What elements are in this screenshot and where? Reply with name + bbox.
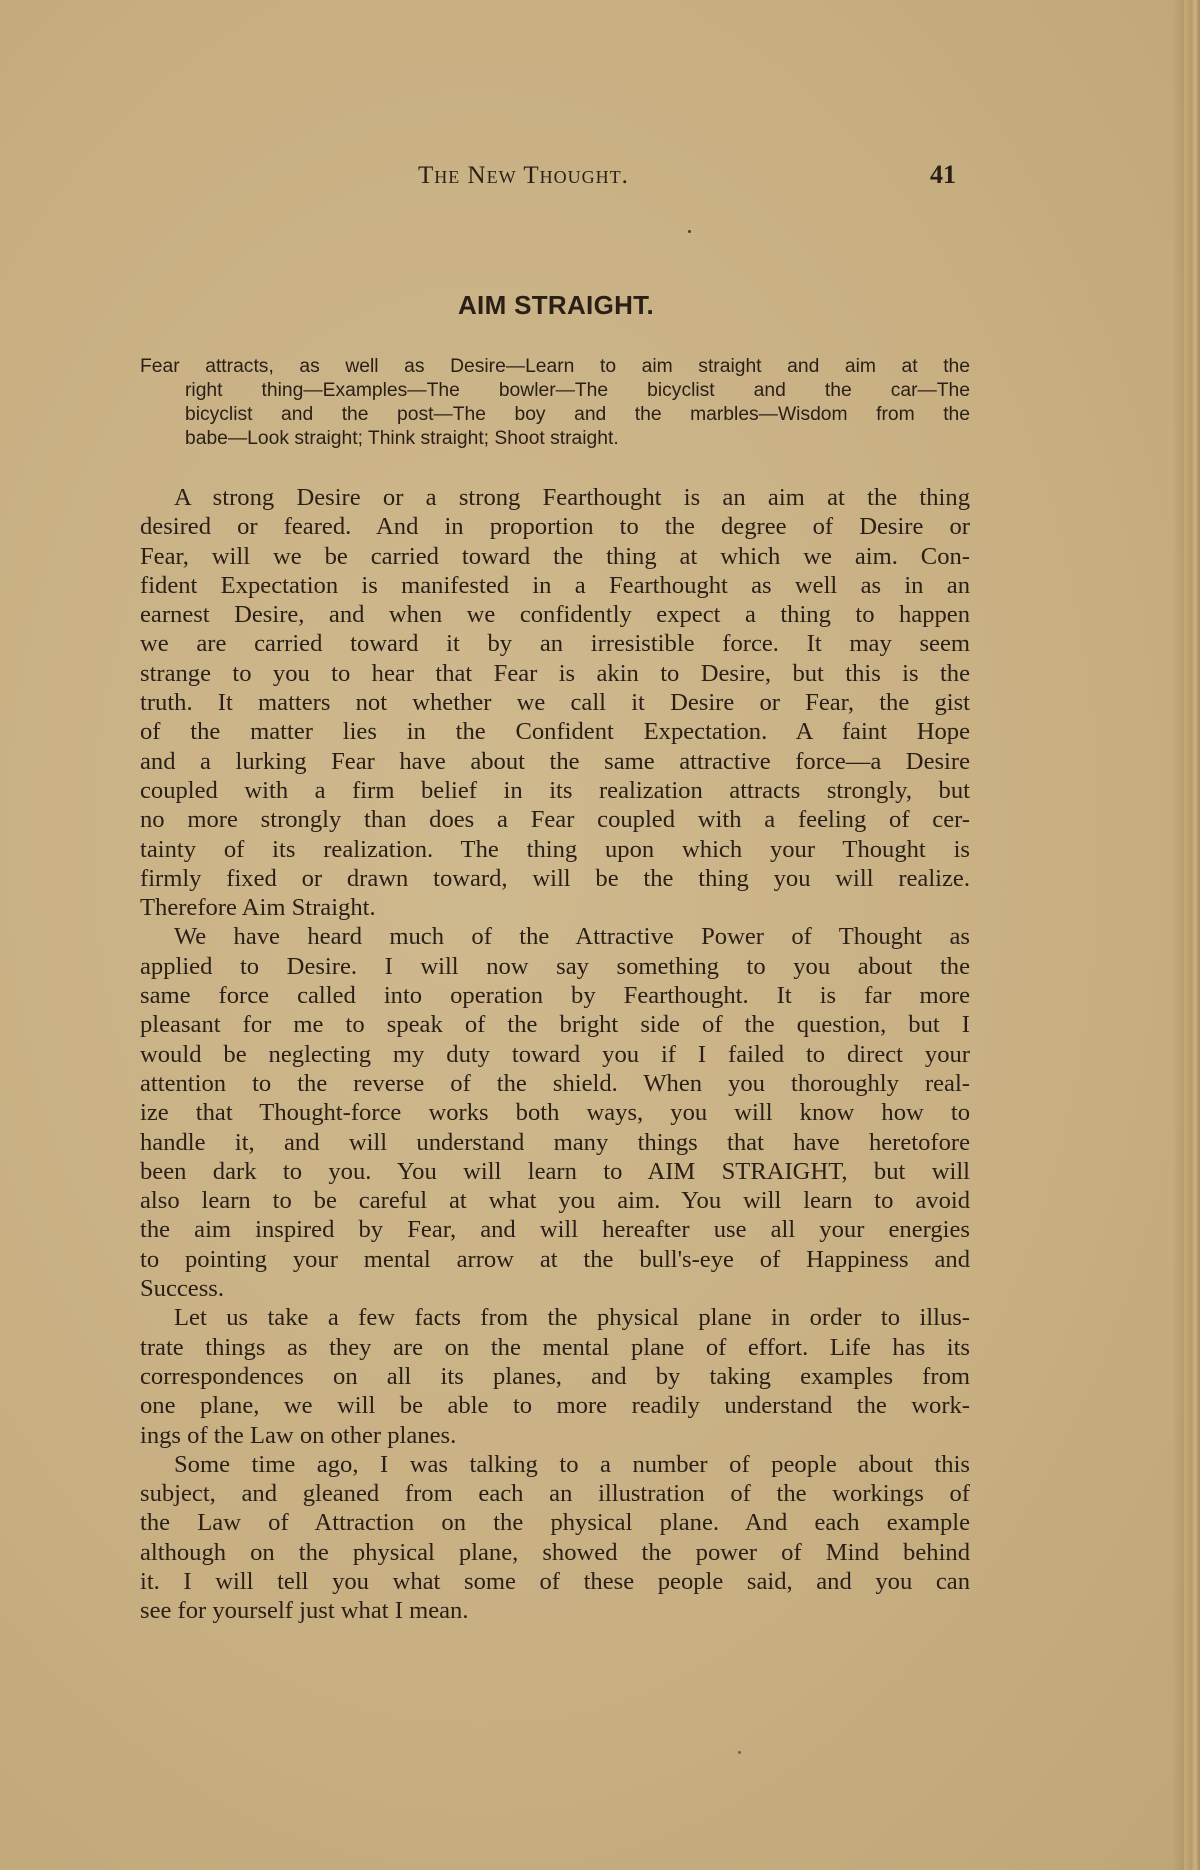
text-line: Fear, will we be carried toward the thin… [140, 542, 970, 571]
text-line: the aim inspired by Fear, and will herea… [140, 1215, 970, 1244]
synopsis-line: babe—Look straight; Think straight; Shoo… [140, 427, 970, 451]
chapter-synopsis: Fear attracts, as well as Desire—Learn t… [140, 355, 970, 451]
chapter-title: AIM STRAIGHT. [0, 290, 1100, 321]
text-line: fident Expectation is manifested in a Fe… [140, 571, 970, 600]
text-line: trate things as they are on the mental p… [140, 1333, 970, 1362]
text-line: correspondences on all its planes, and b… [140, 1362, 970, 1391]
text-line: We have heard much of the Attractive Pow… [140, 922, 970, 951]
text-line: Therefore Aim Straight. [140, 893, 970, 922]
text-line: firmly fixed or drawn toward, will be th… [140, 864, 970, 893]
page-number: 41 [930, 160, 956, 190]
text-line: would be neglecting my duty toward you i… [140, 1040, 970, 1069]
ink-speck [688, 230, 691, 233]
text-line: handle it, and will understand many thin… [140, 1128, 970, 1157]
text-line: and a lurking Fear have about the same a… [140, 747, 970, 776]
text-line: same force called into operation by Fear… [140, 981, 970, 1010]
text-line: we are carried toward it by an irresisti… [140, 629, 970, 658]
synopsis-line: right thing—Examples—The bowler—The bicy… [140, 379, 970, 403]
synopsis-line: bicyclist and the post—The boy and the m… [140, 403, 970, 427]
text-line: A strong Desire or a strong Fearthought … [140, 483, 970, 512]
synopsis-line: Fear attracts, as well as Desire—Learn t… [140, 355, 970, 379]
text-line: strange to you to hear that Fear is akin… [140, 659, 970, 688]
text-line: of the matter lies in the Confident Expe… [140, 717, 970, 746]
text-line: one plane, we will be able to more readi… [140, 1391, 970, 1420]
book-page: The New Thought. 41 AIM STRAIGHT. Fear a… [0, 0, 1200, 1870]
paragraph: We have heard much of the Attractive Pow… [140, 922, 970, 1303]
text-line: coupled with a firm belief in its realiz… [140, 776, 970, 805]
paragraph: A strong Desire or a strong Fearthought … [140, 483, 970, 922]
running-head: The New Thought. [418, 162, 629, 190]
text-line: pleasant for me to speak of the bright s… [140, 1010, 970, 1039]
body-text: A strong Desire or a strong Fearthought … [140, 483, 970, 1626]
text-line: Let us take a few facts from the physica… [140, 1303, 970, 1332]
text-line: the Law of Attraction on the physical pl… [140, 1508, 970, 1537]
page-gutter-shadow [1172, 0, 1184, 1870]
text-line: attention to the reverse of the shield. … [140, 1069, 970, 1098]
paragraph: Let us take a few facts from the physica… [140, 1303, 970, 1449]
text-line: Success. [140, 1274, 970, 1303]
text-line: see for yourself just what I mean. [140, 1596, 970, 1625]
text-line: applied to Desire. I will now say someth… [140, 952, 970, 981]
text-line: been dark to you. You will learn to AIM … [140, 1157, 970, 1186]
text-line: truth. It matters not whether we call it… [140, 688, 970, 717]
page-edge [1184, 0, 1200, 1870]
text-line: ize that Thought-force works both ways, … [140, 1098, 970, 1127]
text-line: tainty of its realization. The thing upo… [140, 835, 970, 864]
ink-speck [738, 1751, 741, 1754]
text-line: desired or feared. And in proportion to … [140, 512, 970, 541]
text-line: also learn to be careful at what you aim… [140, 1186, 970, 1215]
text-line: subject, and gleaned from each an illust… [140, 1479, 970, 1508]
text-line: although on the physical plane, showed t… [140, 1538, 970, 1567]
text-line: to pointing your mental arrow at the bul… [140, 1245, 970, 1274]
text-line: no more strongly than does a Fear couple… [140, 805, 970, 834]
text-line: ings of the Law on other planes. [140, 1421, 970, 1450]
text-line: earnest Desire, and when we confidently … [140, 600, 970, 629]
text-line: it. I will tell you what some of these p… [140, 1567, 970, 1596]
text-line: Some time ago, I was talking to a number… [140, 1450, 970, 1479]
paragraph: Some time ago, I was talking to a number… [140, 1450, 970, 1626]
